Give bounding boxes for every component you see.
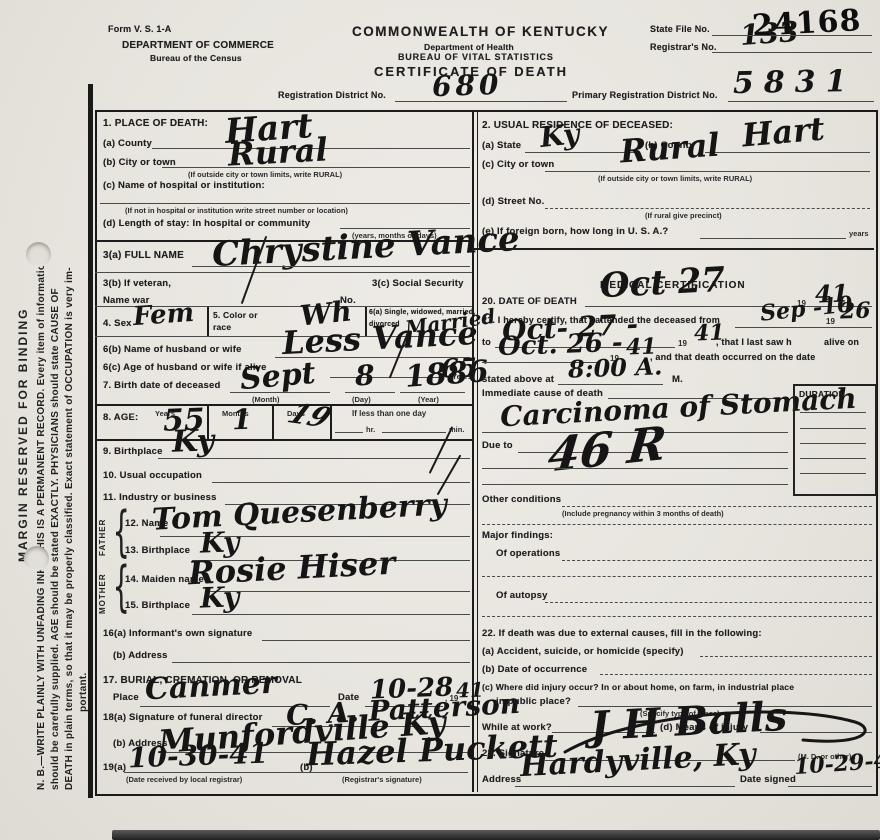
birth-year-value: 1886 <box>404 357 489 393</box>
rule-line <box>158 458 470 459</box>
birthplace-label: 9. Birthplace <box>103 446 163 457</box>
department-of-health: Department of Health <box>424 42 514 52</box>
duration-label: DURATION <box>799 389 845 399</box>
res-state-value: Ky <box>539 120 581 152</box>
rule-line <box>562 560 872 561</box>
res-city-label: (c) City or town <box>482 159 554 170</box>
rule-line <box>100 203 470 204</box>
rule-line <box>482 576 872 577</box>
alive-on-label: alive on <box>824 337 859 347</box>
rule-line <box>558 384 663 385</box>
bureau-of-census: Bureau of the Census <box>150 53 242 63</box>
rule-line <box>172 662 470 663</box>
mother-birthplace-value: Ky <box>200 583 240 612</box>
registration-district-label: Registration District No. <box>278 90 386 100</box>
age-label: 8. AGE: <box>103 412 138 423</box>
pod-city-value: Rural <box>227 133 328 170</box>
informant-signature-label: 16(a) Informant's own signature <box>103 628 252 639</box>
rule-line <box>400 392 465 393</box>
row-border <box>95 272 472 273</box>
birth-day-value: 8 <box>355 362 375 391</box>
from-19-prefix: 19 <box>826 317 835 326</box>
pod-county-label: (a) County <box>103 138 152 149</box>
section-divider <box>95 439 472 441</box>
of-autopsy-label: Of autopsy <box>496 590 548 601</box>
pod-stay-label: (d) Length of stay: In hospital or commu… <box>103 218 310 229</box>
mother-side-label: MOTHER <box>98 573 107 614</box>
occupation-label: 10. Usual occupation <box>103 470 202 481</box>
rule-line <box>335 432 363 433</box>
rule-line <box>800 412 866 413</box>
external-a-label: (a) Accident, suicide, or homicide (spec… <box>482 646 684 657</box>
date-signed-label: Date signed <box>740 774 796 785</box>
punch-hole-bottom <box>24 546 49 571</box>
date-of-death-value: Oct 27 <box>599 263 726 304</box>
certify-line-2: , that I last saw h <box>716 337 792 347</box>
year-note: (Year) <box>418 395 439 404</box>
burial-place-value: Canmer <box>144 669 277 706</box>
major-findings-label: Major findings: <box>482 530 553 541</box>
rule-line <box>298 772 468 773</box>
form-number: Form V. S. 1-A <box>108 24 171 34</box>
primary-district-value: 5831 <box>733 67 857 99</box>
section-divider <box>95 404 472 406</box>
from-year-value: 26 <box>840 299 871 322</box>
father-side-label: FATHER <box>98 519 107 556</box>
mother-birthplace-label: 15. Birthplace <box>125 600 190 611</box>
certify-line-3: , and that death occurred on the date <box>650 352 815 362</box>
rule-line <box>800 458 866 459</box>
rule-line <box>600 674 872 675</box>
ssn-label: 3(c) Social Security <box>372 278 464 289</box>
other-conditions-note: (Include pregnancy within 3 months of de… <box>562 509 724 518</box>
other-conditions-label: Other conditions <box>482 494 561 505</box>
state-file-label: State File No. <box>650 24 710 34</box>
sex-label: 4. Sex <box>103 318 132 329</box>
rule-line <box>705 152 870 153</box>
rule-line <box>210 591 470 592</box>
rule-line <box>395 101 567 102</box>
race-label-1: 5. Color or <box>213 310 258 320</box>
cell-divider <box>207 307 209 336</box>
rule-line <box>482 616 872 617</box>
rule-line <box>712 35 872 36</box>
rule-line <box>728 101 874 102</box>
res-city-note: (If outside city or town limits, write R… <box>598 174 752 183</box>
commonwealth-title: COMMONWEALTH OF KENTUCKY <box>352 24 609 39</box>
to-label: to <box>482 337 491 347</box>
res-foreign-label: (e) If foreign born, how long in U. S. A… <box>482 226 668 237</box>
day-note: (Day) <box>352 395 371 404</box>
registration-district-value: 680 <box>432 71 503 101</box>
time-of-death-value: 8:00 A. <box>568 354 663 381</box>
while-at-work-label: While at work? <box>482 722 552 733</box>
rule-line <box>735 327 872 328</box>
rule-line <box>212 482 470 483</box>
received-date-value: 10-30-41 <box>128 740 269 773</box>
age-hr-label: hr. <box>366 425 375 434</box>
birthplace-value: Ky <box>171 426 214 457</box>
month-note: (Month) <box>252 395 279 404</box>
registrar-no-value: 133 <box>739 18 799 50</box>
res-foreign-suffix: years <box>849 229 869 238</box>
pod-hospital-label: (c) Name of hospital or institution: <box>103 180 265 191</box>
received-note: (Date received by local registrar) <box>126 775 242 784</box>
received-label: 19(a) <box>103 762 126 773</box>
margin-binding-text: MARGIN RESERVED FOR BINDING <box>16 308 30 562</box>
rule-line <box>192 614 470 615</box>
department-of-commerce: DEPARTMENT OF COMMERCE <box>122 40 274 51</box>
section-divider <box>472 248 874 250</box>
burial-place-label: Place <box>113 692 139 703</box>
res-state-label: (a) State <box>482 140 521 151</box>
rule-line <box>482 484 788 485</box>
rule-line <box>800 428 866 429</box>
veteran-label: 3(b) If veteran, <box>103 278 171 289</box>
rule-line <box>700 656 872 657</box>
margin-nb-line3: DEATH in plain terms, so that it may be … <box>64 267 75 790</box>
pod-hospital-note: (If not in hospital or institution write… <box>125 206 348 215</box>
rule-line <box>800 473 866 474</box>
pod-city-note: (If outside city or town limits, write R… <box>188 170 342 179</box>
rule-line <box>262 640 470 641</box>
res-city-value: Rural <box>619 129 721 168</box>
rule-line <box>545 208 870 209</box>
rule-line <box>382 432 446 433</box>
birthdate-label: 7. Birth date of deceased <box>103 380 220 391</box>
stated-above-label: stated above at <box>482 374 554 385</box>
informant-address-label: (b) Address <box>113 650 168 661</box>
physician-address-label: Address <box>482 774 521 785</box>
duration-box <box>793 384 877 496</box>
external-causes-title: 22. If death was due to external causes,… <box>482 628 762 639</box>
spouse-value: Less Vance <box>281 317 478 359</box>
res-street-note: (If rural give precinct) <box>645 211 722 220</box>
rule-line <box>345 392 395 393</box>
rule-line <box>700 238 846 239</box>
rule-line <box>162 167 470 168</box>
binding-edge-strip <box>88 84 93 798</box>
sex-value: Fem <box>132 300 195 330</box>
age-months-value: 1 <box>232 406 252 435</box>
rule-line <box>515 786 735 787</box>
primary-district-label: Primary Registration District No. <box>572 90 718 100</box>
rule-line <box>124 772 300 773</box>
bureau-vital-statistics: BUREAU OF VITAL STATISTICS <box>398 52 554 62</box>
date-signed-value: 10-29-41. <box>793 748 880 778</box>
date-of-death-label: 20. DATE OF DEATH <box>482 296 577 307</box>
rule-line <box>562 506 872 507</box>
rule-line <box>192 266 470 267</box>
scan-artifact-bar <box>112 830 880 840</box>
cell-divider <box>272 406 274 439</box>
external-c-label-1: (c) Where did injury occur? In or about … <box>482 682 794 692</box>
cell-divider <box>330 406 332 439</box>
punch-hole-top <box>26 242 51 267</box>
race-label-2: race <box>213 322 231 332</box>
father-birthplace-label: 13. Birthplace <box>125 545 190 556</box>
res-street-label: (d) Street No. <box>482 196 544 207</box>
margin-nb-line1: N. B.—WRITE PLAINLY WITH UNFADING INK—TH… <box>36 257 47 790</box>
rule-line <box>482 468 788 469</box>
registrar-no-label: Registrar's No. <box>650 42 717 52</box>
full-name-label: 3(a) FULL NAME <box>103 250 184 261</box>
rule-line <box>788 786 872 787</box>
age-less-note: If less than one day <box>352 409 426 418</box>
to-19-prefix: 19 <box>678 339 687 348</box>
margin-nb-line2: should be carefully supplied. AGE should… <box>50 288 61 790</box>
due-to-label: Due to <box>482 440 513 451</box>
res-county-value: Hart <box>741 112 826 151</box>
death-certificate-scan: MARGIN RESERVED FOR BINDING N. B.—WRITE … <box>0 0 880 840</box>
registrar-signature-note: (Registrar's signature) <box>342 775 422 784</box>
rule-line <box>482 524 872 525</box>
birth-month-value: Sept <box>239 359 317 395</box>
rule-line <box>712 52 872 53</box>
rule-line <box>230 392 330 393</box>
rule-line <box>545 602 872 603</box>
spouse-label: 6(b) Name of husband or wife <box>103 344 242 355</box>
m-label: M. <box>672 374 683 385</box>
rule-line <box>545 171 870 172</box>
external-b-label: (b) Date of occurrence <box>482 664 587 675</box>
place-of-death-title: 1. PLACE OF DEATH: <box>103 118 208 129</box>
rule-line <box>800 443 866 444</box>
due-to-value: 46 R <box>546 419 669 478</box>
of-operations-label: Of operations <box>496 548 560 559</box>
